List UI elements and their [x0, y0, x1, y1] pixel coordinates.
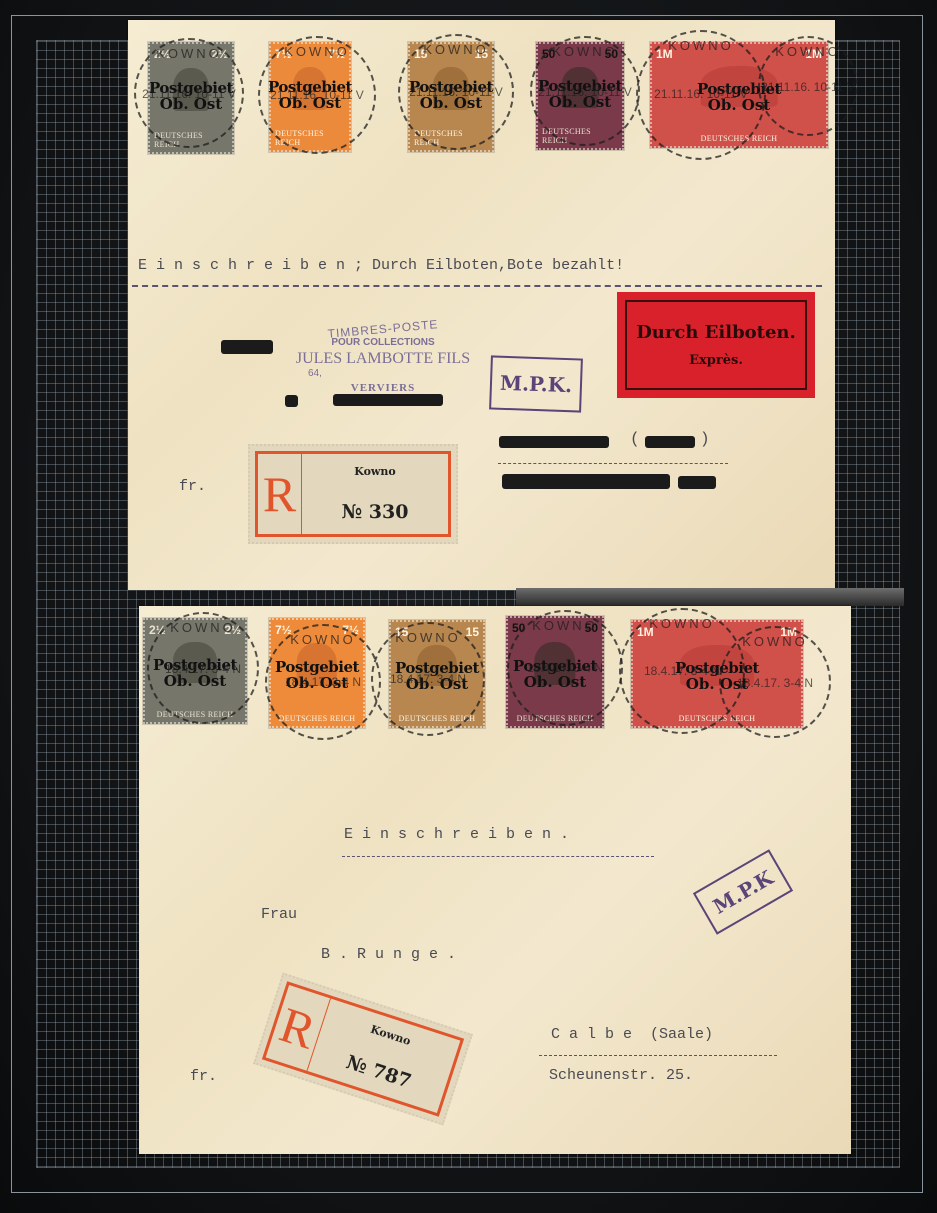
- express-label-subtext: Exprès.: [689, 353, 743, 368]
- stamp-overprint: Postgebiet: [275, 660, 359, 675]
- postage-stamp: 2½ 2½ Postgebiet Ob. Ost DEUTSCHES REICH: [143, 618, 247, 724]
- stamp-country: DEUTSCHES REICH: [679, 714, 756, 723]
- stamp-value: 50: [542, 47, 555, 61]
- postage-stamp: 15 15 Postgebiet Ob. Ost DEUTSCHES REICH: [389, 620, 485, 728]
- address-underline: [498, 463, 728, 464]
- registered-express-cover: 2½ 2½ Postgebiet Ob. Ost DEUTSCHES REICH…: [128, 20, 835, 590]
- stamp-overprint: Ob. Ost: [275, 675, 359, 691]
- postage-stamp: 7½ 7½ Postgebiet Ob. Ost DEUTSCHES REICH: [269, 618, 365, 728]
- stamp-overprint: Postgebiet: [153, 658, 237, 673]
- stamp-overprint: Postgebiet: [149, 81, 233, 96]
- censor-mark: M.P.K: [693, 849, 793, 935]
- stamp-value: 2½: [149, 623, 166, 637]
- stamp-overprint: Ob. Ost: [153, 673, 237, 689]
- registered-cover: 2½ 2½ Postgebiet Ob. Ost DEUTSCHES REICH…: [139, 606, 851, 1154]
- stamp-value: 7½: [275, 623, 292, 637]
- stamp-country: DEUTSCHES REICH: [275, 129, 345, 147]
- stamp-value: 2½: [224, 623, 241, 637]
- recipient-street: Scheunenstr. 25.: [549, 1067, 693, 1084]
- recipient-city: C a l b e (Saale): [551, 1026, 713, 1043]
- redacted-text: [333, 394, 443, 406]
- stamp-value: 7½: [328, 47, 345, 61]
- stamp-value: 1M: [656, 47, 673, 61]
- stamp-value: 1M: [805, 47, 822, 61]
- registration-town: Kowno: [354, 465, 395, 478]
- stamp-value: 15: [395, 625, 408, 639]
- stamp-country: DEUTSCHES REICH: [517, 714, 594, 723]
- registration-town: Kowno: [369, 1023, 412, 1048]
- typed-underline: [342, 856, 654, 857]
- stamp-country: DEUTSCHES REICH: [701, 134, 778, 143]
- registration-label: R Kowno № 330: [248, 444, 458, 544]
- censor-mark: M.P.K.: [489, 355, 583, 412]
- cover-overlap-shadow: [516, 588, 904, 606]
- stamp-country: DEUTSCHES REICH: [157, 710, 234, 719]
- stamp-overprint: Ob. Ost: [268, 95, 352, 111]
- stamp-overprint: Postgebiet: [538, 79, 622, 94]
- stamp-value: 2½: [154, 47, 171, 61]
- redacted-text: [221, 340, 273, 354]
- stamp-overprint: Postgebiet: [697, 82, 781, 97]
- postage-stamp: 50 50 Postgebiet Ob. Ost DEUTSCHES REICH: [506, 616, 604, 728]
- stamp-overprint: Postgebiet: [409, 80, 493, 95]
- stamp-value: 2½: [211, 47, 228, 61]
- stamp-overprint: Ob. Ost: [395, 676, 479, 692]
- stamp-country: DEUTSCHES REICH: [279, 714, 356, 723]
- stamp-value: 7½: [342, 623, 359, 637]
- redacted-text: [285, 395, 298, 407]
- stamp-country: DEUTSCHES REICH: [399, 714, 476, 723]
- registration-label: R Kowno № 787: [253, 972, 473, 1125]
- registration-number: № 330: [342, 501, 409, 523]
- dealer-stamp-line4: 64,: [308, 368, 322, 379]
- address-paren-open: (: [630, 430, 640, 448]
- dealer-handstamp: TIMBRES-POSTE POUR COLLECTIONS JULES LAM…: [268, 322, 498, 394]
- express-label-text: Durch Eilboten.: [636, 322, 796, 343]
- postage-stamp: 1M 1M Postgebiet Ob. Ost DEUTSCHES REICH: [650, 42, 828, 148]
- stamp-country: DEUTSCHES REICH: [542, 127, 618, 145]
- stamp-value: 50: [512, 621, 525, 635]
- registration-express-instruction: E i n s c h r e i b e n ; Durch Eilboten…: [138, 257, 624, 274]
- postage-stamp: 1M 1M Postgebiet Ob. Ost DEUTSCHES REICH: [631, 620, 803, 728]
- stamp-overprint: Ob. Ost: [675, 676, 759, 692]
- stamp-overprint: Postgebiet: [513, 659, 597, 674]
- stamp-value: 1M: [780, 625, 797, 639]
- franco-mark: fr.: [179, 478, 206, 495]
- recipient-salutation: Frau: [261, 906, 297, 923]
- stamp-overprint: Ob. Ost: [513, 674, 597, 690]
- stamp-value: 7½: [275, 47, 292, 61]
- postage-stamp: 50 50 Postgebiet Ob. Ost DEUTSCHES REICH: [536, 42, 624, 150]
- stamp-value: 15: [475, 47, 488, 61]
- postage-stamp: 15 15 Postgebiet Ob. Ost DEUTSCHES REICH: [408, 42, 494, 152]
- postage-stamp: 7½ 7½ Postgebiet Ob. Ost DEUTSCHES REICH: [269, 42, 351, 152]
- registration-r-letter: R: [258, 454, 302, 534]
- stamp-overprint: Ob. Ost: [697, 97, 781, 113]
- stamp-overprint: Ob. Ost: [149, 96, 233, 112]
- stamp-overprint: Ob. Ost: [538, 94, 622, 110]
- registration-title: E i n s c h r e i b e n .: [344, 826, 569, 843]
- stamp-value: 50: [585, 621, 598, 635]
- stamp-value: 15: [414, 47, 427, 61]
- recipient-name: B . R u n g e .: [321, 946, 456, 963]
- registration-number: № 787: [344, 1051, 414, 1093]
- album-page: 2½ 2½ Postgebiet Ob. Ost DEUTSCHES REICH…: [0, 0, 937, 1213]
- express-label: Durch Eilboten. Exprès.: [617, 292, 815, 398]
- stamp-country: DEUTSCHES REICH: [154, 131, 228, 149]
- stamp-value: 1M: [637, 625, 654, 639]
- stamp-value: 15: [466, 625, 479, 639]
- redacted-address: [502, 474, 670, 489]
- franco-mark: fr.: [190, 1068, 217, 1085]
- redacted-address: [645, 436, 695, 448]
- stamp-overprint: Postgebiet: [675, 661, 759, 676]
- redacted-address: [499, 436, 609, 448]
- stamp-value: 50: [605, 47, 618, 61]
- stamp-country: DEUTSCHES REICH: [414, 129, 488, 147]
- stamp-overprint: Postgebiet: [268, 80, 352, 95]
- dealer-stamp-line5: VERVIERS: [268, 382, 498, 394]
- dealer-stamp-line3: JULES LAMBOTTE FILS: [268, 350, 498, 368]
- postage-stamp: 2½ 2½ Postgebiet Ob. Ost DEUTSCHES REICH: [148, 42, 234, 154]
- city-underline: [539, 1055, 777, 1056]
- stamp-overprint: Postgebiet: [395, 661, 479, 676]
- redacted-address: [678, 476, 716, 489]
- typed-underline: [132, 285, 822, 287]
- address-paren-close: ): [700, 430, 710, 448]
- stamp-overprint: Ob. Ost: [409, 95, 493, 111]
